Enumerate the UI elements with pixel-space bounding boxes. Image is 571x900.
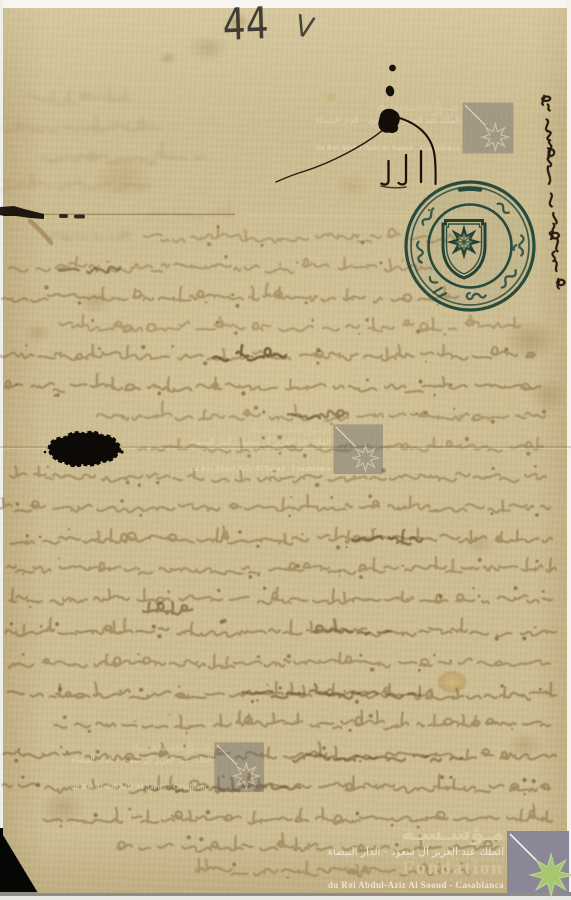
- scanned-document-page: مـؤسـسـة الملك عبد العزيز آل سعود - الدا…: [0, 0, 571, 900]
- archive-watermark-middle: مـؤسـسـة الملك عبد العزيز آل سعود - الدا…: [167, 418, 383, 474]
- foundation-logo-icon: [463, 103, 514, 154]
- watermark-text: مـؤسـسـة الملك عبد العزيز آل سعود - الدا…: [299, 822, 504, 891]
- watermark-french-subtitle: du Roi Abdul-Aziz Al Saoud - Casablanca: [292, 143, 460, 153]
- watermark-french-subtitle: du Roi Abdul-Aziz Al Saoud - Casablanca: [167, 464, 331, 474]
- watermark-text: مـؤسـسـة الملك عبد العزيز آل سعود - الدا…: [167, 418, 331, 473]
- watermark-text: مـؤسـسـة الملك عبد العزيز آل سعود - الدا…: [48, 736, 212, 791]
- watermark-arabic-title: مـؤسـسـة: [48, 736, 212, 754]
- watermark-french-subtitle: du Roi Abdul-Aziz Al Saoud - Casablanca: [48, 782, 212, 792]
- scan-border-left: [0, 0, 3, 828]
- watermark-french-title: Fondation: [299, 859, 504, 879]
- watermark-french-title: Fondation: [48, 766, 212, 782]
- watermark-arabic-subtitle: الملك عبد العزيز آل سعود - الدار البيضاء: [299, 845, 504, 859]
- eight-point-star-icon: [530, 854, 571, 896]
- watermark-arabic-title: مـؤسـسـة: [299, 822, 504, 844]
- archive-watermark-top: مـؤسـسـة الملك عبد العزيز آل سعود - الدا…: [292, 96, 513, 153]
- watermark-arabic-title: مـؤسـسـة: [167, 418, 331, 436]
- foundation-logo-icon: [333, 424, 383, 474]
- foundation-logo-icon: [214, 742, 264, 792]
- folio-number: 44: [222, 0, 269, 51]
- scan-border-bottom: [0, 892, 571, 900]
- archive-watermark-bottom-right: مـؤسـسـة الملك عبد العزيز آل سعود - الدا…: [299, 822, 569, 893]
- archive-watermark-bottom-left: مـؤسـسـة الملك عبد العزيز آل سعود - الدا…: [48, 736, 264, 792]
- scan-border-top: [0, 0, 571, 8]
- watermark-text: مـؤسـسـة الملك عبد العزيز آل سعود - الدا…: [292, 96, 460, 153]
- foundation-logo-icon: [507, 831, 569, 893]
- watermark-french-title: Fondation: [292, 126, 460, 142]
- watermark-arabic-title: مـؤسـسـة: [292, 96, 460, 114]
- watermark-french-subtitle: du Roi Abdul-Aziz Al Saoud - Casablanca: [299, 879, 504, 891]
- scan-border-right: [567, 0, 571, 900]
- watermark-french-title: Fondation: [167, 448, 331, 464]
